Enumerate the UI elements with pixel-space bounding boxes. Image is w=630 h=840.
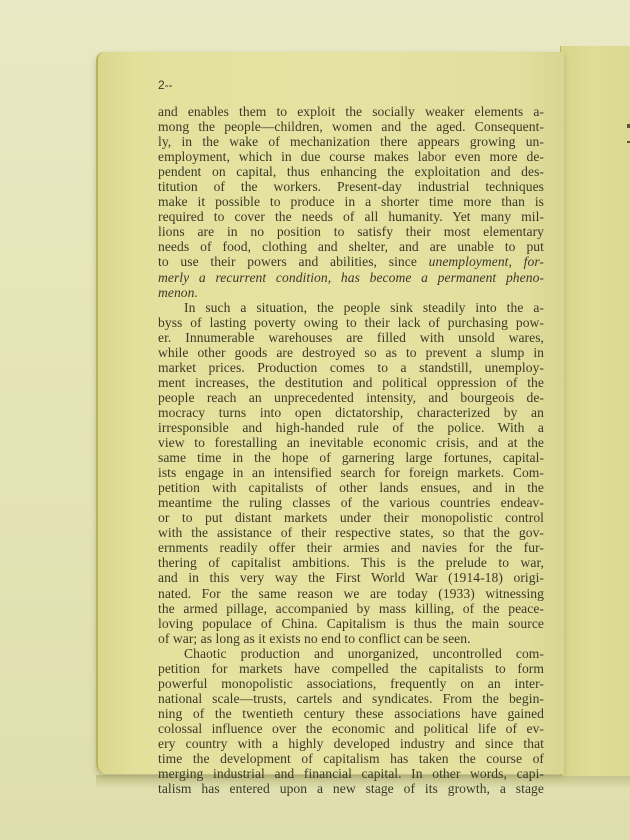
text-line: petition with capitalists of other lands… — [158, 480, 544, 495]
text-line: ernments readily offer their armies and … — [158, 540, 544, 555]
text-line: while other goods are destroyed so as to… — [158, 345, 544, 360]
text-line: market prices. Production comes to a sta… — [158, 360, 544, 375]
text-line: required to cover the needs of all human… — [158, 209, 544, 224]
text-line: time the development of capitalism has t… — [158, 751, 544, 766]
text-line: pendent on capital, thus enhancing the e… — [158, 164, 544, 179]
text-line: mong the people—children, women and the … — [158, 119, 544, 134]
text-line: same time in the hope of garnering large… — [158, 450, 544, 465]
text-line: mocracy turns into open dictatorship, ch… — [158, 405, 544, 420]
adjacent-page — [560, 46, 630, 776]
text-line: lions are in no position to satisfy thei… — [158, 224, 544, 239]
text-line: thering of capitalist ambitions. This is… — [158, 555, 544, 570]
italic-line: menon. — [158, 285, 544, 300]
text-line: view to forestalling an inevitable econo… — [158, 435, 544, 450]
text-line: ly, in the wake of mechanization there a… — [158, 134, 544, 149]
page-number: 2-- — [158, 78, 173, 92]
text-line: petition for markets have compelled the … — [158, 661, 544, 676]
text-line: er. Innumerable warehouses are filled wi… — [158, 330, 544, 345]
text-line: ists engage in an intensified search for… — [158, 465, 544, 480]
text-line: national scale—trusts, cartels and syndi… — [158, 691, 544, 706]
text-line: ment increases, the destitution and poli… — [158, 375, 544, 390]
paragraph-start-line: In such a situation, the people sink ste… — [158, 300, 544, 315]
text-line: merging industrial and financial capital… — [158, 766, 544, 781]
text-line: irresponsible and high-handed rule of th… — [158, 420, 544, 435]
text-line: meantime the ruling classes of the vario… — [158, 495, 544, 510]
text-line: loving populace of China. Capitalism is … — [158, 616, 544, 631]
text-line: with the assistance of their respective … — [158, 525, 544, 540]
text-line: or to put distant markets under their mo… — [158, 510, 544, 525]
text-line: ery country with a highly developed indu… — [158, 736, 544, 751]
text-line: needs of food, clothing and shelter, and… — [158, 239, 544, 254]
text-line: people reach an unprecedented intensity,… — [158, 390, 544, 405]
text-line: powerful monopolistic associations, freq… — [158, 676, 544, 691]
text-line: byss of lasting poverty owing to their l… — [158, 315, 544, 330]
text-run: to use their powers and abilities, since — [158, 254, 429, 269]
text-line: titution of the workers. Present-day ind… — [158, 179, 544, 194]
text-line: nated. For the same reason we are today … — [158, 586, 544, 601]
body-text: and enables them to exploit the socially… — [158, 104, 544, 796]
text-line: and in this very way the First World War… — [158, 570, 544, 585]
italic-line: merly a recurrent condition, has become … — [158, 270, 544, 285]
text-line: ning of the twentieth century these asso… — [158, 706, 544, 721]
text-line: talism has entered upon a new stage of i… — [158, 781, 544, 796]
text-line: colossal influence over the economic and… — [158, 721, 544, 736]
paragraph-start-line: Chaotic production and unorganized, unco… — [158, 646, 544, 661]
text-line: and enables them to exploit the socially… — [158, 104, 544, 119]
text-line: the armed pillage, accompanied by mass k… — [158, 601, 544, 616]
text-line: of war; as long as it exists no end to c… — [158, 631, 544, 646]
text-line: make it possible to produce in a shorter… — [158, 194, 544, 209]
text-line: employment, which in due course makes la… — [158, 149, 544, 164]
italic-emphasis: unemployment, for- — [429, 254, 544, 269]
text-line-mixed: to use their powers and abilities, since… — [158, 254, 544, 269]
